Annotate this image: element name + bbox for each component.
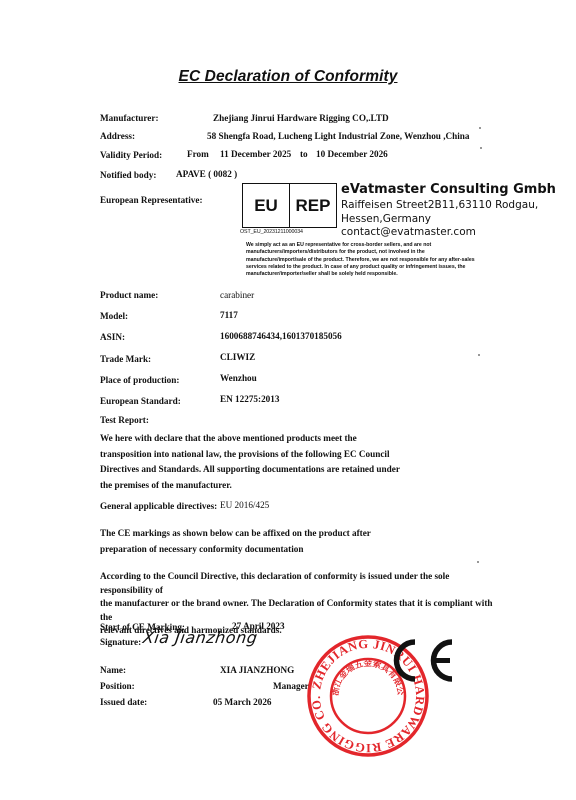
declaration-line: Directives and Standards. All supporting… [100, 462, 400, 478]
place-value: Wenzhou [220, 373, 257, 383]
position-label: Position: [100, 681, 135, 691]
declaration-line: We here with declare that the above ment… [100, 431, 400, 447]
eu-badge-text: EU [243, 184, 290, 227]
scan-speck [478, 354, 480, 356]
model-label: Model: [100, 311, 128, 321]
validity-to-label: to [300, 149, 308, 159]
eu-rep-label: European Representative: [100, 195, 203, 205]
issued-value: 05 March 2026 [213, 697, 272, 707]
ce-text-line: preparation of necessary conformity docu… [100, 542, 371, 558]
directives-label: General applicable directives: [100, 501, 217, 511]
manufacturer-value: Zhejiang Jinrui Hardware Rigging CO,.LTD [213, 113, 389, 123]
ce-mark-icon [388, 638, 458, 683]
eu-rep-code: OST_EU_20231211000034 [240, 229, 303, 235]
eu-rep-email: contact@evatmaster.com [341, 226, 476, 238]
position-value: Manager [273, 681, 309, 691]
eu-rep-address-1: Raiffeisen Street2B11,63110 Rodgau, [341, 199, 538, 211]
validity-to-date: 10 December 2026 [316, 149, 388, 159]
declaration-line: the premises of the manufacturer. [100, 478, 400, 494]
directives-value: EU 2016/425 [220, 500, 269, 510]
scan-speck [477, 561, 479, 563]
asin-value: 1600688746434,1601370185056 [220, 331, 342, 341]
test-report-label: Test Report: [100, 415, 149, 425]
validity-from-label: From [187, 149, 209, 159]
place-label: Place of production: [100, 375, 179, 385]
asin-label: ASIN: [100, 332, 125, 342]
council-line: According to the Council Directive, this… [100, 570, 500, 597]
product-name-label: Product name: [100, 290, 158, 300]
ce-text-line: The CE markings as shown below can be af… [100, 526, 371, 542]
address-value: 58 Shengfa Road, Lucheng Light Industria… [207, 131, 470, 141]
scan-speck [480, 147, 482, 149]
document-title: EC Declaration of Conformity [0, 68, 576, 86]
name-value: XIA JIANZHONG [220, 665, 294, 675]
eu-rep-disclaimer: We simply act as an EU representative fo… [246, 242, 484, 278]
council-line: the manufacturer or the brand owner. The… [100, 597, 500, 624]
declaration-paragraph: We here with declare that the above ment… [100, 431, 400, 493]
signature-handwriting: Xia Jianzhong [142, 628, 259, 647]
ce-text-paragraph: The CE markings as shown below can be af… [100, 526, 371, 557]
notified-body-label: Notified body: [100, 170, 156, 180]
eu-rep-company: eVatmaster Consulting Gmbh [341, 182, 556, 197]
validity-label: Validity Period: [100, 150, 162, 160]
scan-speck [479, 127, 481, 129]
name-label: Name: [100, 665, 126, 675]
declaration-line: transposition into national law, the pro… [100, 447, 400, 463]
validity-from-date: 11 December 2025 [220, 149, 291, 159]
rep-badge-text: REP [290, 184, 336, 227]
signature-label: Signature: [100, 637, 141, 647]
notified-body-value: APAVE ( 0082 ) [176, 169, 237, 179]
standard-value: EN 12275:2013 [220, 394, 279, 404]
issued-label: Issued date: [100, 697, 147, 707]
model-value: 7117 [220, 310, 238, 320]
standard-label: European Standard: [100, 396, 181, 406]
manufacturer-label: Manufacturer: [100, 113, 159, 123]
trade-mark-label: Trade Mark: [100, 354, 151, 364]
eu-rep-badge: EU REP [242, 183, 337, 228]
trade-mark-value: CLIWIZ [220, 352, 255, 362]
product-name-value: carabiner [220, 290, 254, 300]
eu-rep-address-2: Hessen,Germany [341, 213, 431, 225]
address-label: Address: [100, 131, 135, 141]
